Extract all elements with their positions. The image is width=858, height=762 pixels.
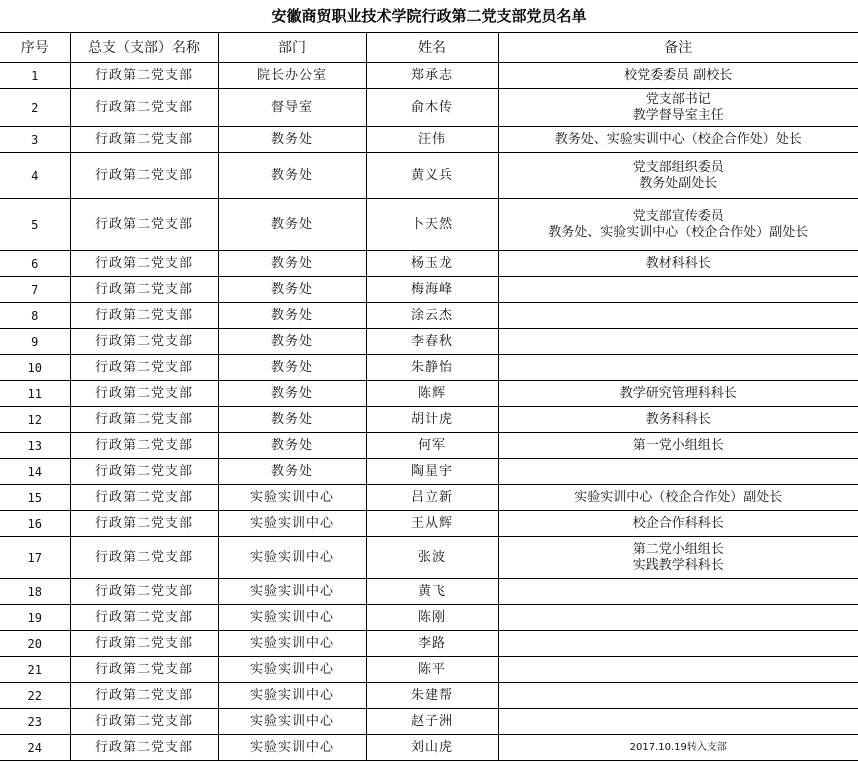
table-row: 8行政第二党支部教务处涂云杰 — [0, 303, 858, 329]
note-line: 实践教学科科长 — [499, 558, 858, 574]
cell-note — [498, 709, 858, 735]
cell-no: 20 — [0, 631, 70, 657]
cell-no: 8 — [0, 303, 70, 329]
note-line: 2017.10.19转入支部 — [499, 740, 858, 756]
cell-note: 教学研究管理科科长 — [498, 381, 858, 407]
cell-name: 王从辉 — [366, 511, 498, 537]
cell-name: 陶星宇 — [366, 459, 498, 485]
table-row: 4行政第二党支部教务处黄义兵党支部组织委员教务处副处长 — [0, 153, 858, 199]
note-line: 党支部书记 — [499, 92, 858, 108]
document-title: 安徽商贸职业技术学院行政第二党支部党员名单 — [0, 3, 858, 29]
cell-dept: 教务处 — [218, 329, 366, 355]
table-row: 2行政第二党支部督导室俞木传党支部书记教学督导室主任 — [0, 89, 858, 127]
cell-branch: 行政第二党支部 — [70, 631, 218, 657]
table-row: 6行政第二党支部教务处杨玉龙教材科科长 — [0, 251, 858, 277]
cell-branch: 行政第二党支部 — [70, 485, 218, 511]
note-line: 教务科科长 — [499, 412, 858, 428]
table-row: 14行政第二党支部教务处陶星宇 — [0, 459, 858, 485]
cell-name: 胡计虎 — [366, 407, 498, 433]
cell-branch: 行政第二党支部 — [70, 433, 218, 459]
cell-note — [498, 329, 858, 355]
cell-note — [498, 355, 858, 381]
cell-dept: 实验实训中心 — [218, 511, 366, 537]
note-line: 校企合作科科长 — [499, 516, 858, 532]
cell-name: 郑承志 — [366, 63, 498, 89]
note-line: 第一党小组组长 — [499, 438, 858, 454]
cell-note: 实验实训中心（校企合作处）副处长 — [498, 485, 858, 511]
cell-dept: 教务处 — [218, 459, 366, 485]
cell-name: 陈平 — [366, 657, 498, 683]
table-row: 17行政第二党支部实验实训中心张波第二党小组组长实践教学科科长 — [0, 537, 858, 579]
cell-branch: 行政第二党支部 — [70, 199, 218, 251]
cell-name: 俞木传 — [366, 89, 498, 127]
cell-name: 李春秋 — [366, 329, 498, 355]
cell-name: 朱静怡 — [366, 355, 498, 381]
cell-no: 24 — [0, 735, 70, 761]
cell-branch: 行政第二党支部 — [70, 579, 218, 605]
cell-dept: 实验实训中心 — [218, 709, 366, 735]
cell-name: 刘山虎 — [366, 735, 498, 761]
note-line: 教务处、实验实训中心（校企合作处）副处长 — [499, 225, 858, 241]
cell-branch: 行政第二党支部 — [70, 605, 218, 631]
cell-no: 15 — [0, 485, 70, 511]
table-row: 24行政第二党支部实验实训中心刘山虎2017.10.19转入支部 — [0, 735, 858, 761]
cell-name: 赵子洲 — [366, 709, 498, 735]
cell-branch: 行政第二党支部 — [70, 329, 218, 355]
cell-note: 校企合作科科长 — [498, 511, 858, 537]
cell-no: 1 — [0, 63, 70, 89]
cell-note: 党支部宣传委员教务处、实验实训中心（校企合作处）副处长 — [498, 199, 858, 251]
table-row: 13行政第二党支部教务处何军第一党小组组长 — [0, 433, 858, 459]
cell-branch: 行政第二党支部 — [70, 277, 218, 303]
cell-dept: 实验实训中心 — [218, 683, 366, 709]
cell-branch: 行政第二党支部 — [70, 303, 218, 329]
cell-dept: 教务处 — [218, 277, 366, 303]
cell-branch: 行政第二党支部 — [70, 537, 218, 579]
cell-no: 14 — [0, 459, 70, 485]
table-row: 12行政第二党支部教务处胡计虎教务科科长 — [0, 407, 858, 433]
cell-dept: 教务处 — [218, 251, 366, 277]
note-line: 实验实训中心（校企合作处）副处长 — [499, 490, 858, 506]
cell-dept: 教务处 — [218, 153, 366, 199]
cell-dept: 实验实训中心 — [218, 735, 366, 761]
cell-dept: 实验实训中心 — [218, 631, 366, 657]
column-header-note: 备注 — [498, 33, 858, 63]
column-header-no: 序号 — [0, 33, 70, 63]
table-header-row: 序号 总支（支部）名称 部门 姓名 备注 — [0, 33, 858, 63]
column-header-branch: 总支（支部）名称 — [70, 33, 218, 63]
cell-dept: 督导室 — [218, 89, 366, 127]
table-row: 5行政第二党支部教务处卜天然党支部宣传委员教务处、实验实训中心（校企合作处）副处… — [0, 199, 858, 251]
cell-branch: 行政第二党支部 — [70, 709, 218, 735]
cell-note — [498, 631, 858, 657]
note-line: 教务处副处长 — [499, 176, 858, 192]
cell-dept: 实验实训中心 — [218, 537, 366, 579]
cell-name: 杨玉龙 — [366, 251, 498, 277]
cell-note: 2017.10.19转入支部 — [498, 735, 858, 761]
cell-no: 21 — [0, 657, 70, 683]
table-row: 11行政第二党支部教务处陈辉教学研究管理科科长 — [0, 381, 858, 407]
cell-note — [498, 683, 858, 709]
table-row: 3行政第二党支部教务处汪伟教务处、实验实训中心（校企合作处）处长 — [0, 127, 858, 153]
cell-name: 陈辉 — [366, 381, 498, 407]
cell-branch: 行政第二党支部 — [70, 63, 218, 89]
column-header-dept: 部门 — [218, 33, 366, 63]
cell-branch: 行政第二党支部 — [70, 407, 218, 433]
cell-note: 校党委委员 副校长 — [498, 63, 858, 89]
cell-branch: 行政第二党支部 — [70, 127, 218, 153]
cell-dept: 教务处 — [218, 303, 366, 329]
cell-note: 党支部书记教学督导室主任 — [498, 89, 858, 127]
member-table: 序号 总支（支部）名称 部门 姓名 备注 1行政第二党支部院长办公室郑承志校党委… — [0, 32, 858, 761]
table-row: 9行政第二党支部教务处李春秋 — [0, 329, 858, 355]
cell-dept: 教务处 — [218, 127, 366, 153]
table-row: 21行政第二党支部实验实训中心陈平 — [0, 657, 858, 683]
table-row: 20行政第二党支部实验实训中心李路 — [0, 631, 858, 657]
cell-no: 2 — [0, 89, 70, 127]
cell-name: 朱建帮 — [366, 683, 498, 709]
cell-name: 卜天然 — [366, 199, 498, 251]
cell-branch: 行政第二党支部 — [70, 251, 218, 277]
note-line: 党支部宣传委员 — [499, 209, 858, 225]
cell-branch: 行政第二党支部 — [70, 355, 218, 381]
cell-no: 7 — [0, 277, 70, 303]
cell-note: 教务科科长 — [498, 407, 858, 433]
cell-no: 12 — [0, 407, 70, 433]
note-line: 校党委委员 副校长 — [499, 68, 858, 84]
cell-note: 党支部组织委员教务处副处长 — [498, 153, 858, 199]
cell-dept: 教务处 — [218, 355, 366, 381]
cell-note: 教材科科长 — [498, 251, 858, 277]
cell-name: 张波 — [366, 537, 498, 579]
cell-dept: 院长办公室 — [218, 63, 366, 89]
cell-name: 黄义兵 — [366, 153, 498, 199]
cell-no: 18 — [0, 579, 70, 605]
note-line: 第二党小组组长 — [499, 542, 858, 558]
cell-dept: 实验实训中心 — [218, 579, 366, 605]
note-line: 教学研究管理科科长 — [499, 386, 858, 402]
cell-no: 4 — [0, 153, 70, 199]
cell-name: 梅海峰 — [366, 277, 498, 303]
cell-dept: 教务处 — [218, 433, 366, 459]
cell-no: 5 — [0, 199, 70, 251]
cell-name: 陈刚 — [366, 605, 498, 631]
cell-no: 23 — [0, 709, 70, 735]
cell-no: 16 — [0, 511, 70, 537]
table-row: 1行政第二党支部院长办公室郑承志校党委委员 副校长 — [0, 63, 858, 89]
cell-note — [498, 277, 858, 303]
table-body: 1行政第二党支部院长办公室郑承志校党委委员 副校长2行政第二党支部督导室俞木传党… — [0, 63, 858, 761]
note-line: 教学督导室主任 — [499, 108, 858, 124]
cell-dept: 教务处 — [218, 407, 366, 433]
cell-name: 黄飞 — [366, 579, 498, 605]
cell-note — [498, 579, 858, 605]
cell-no: 6 — [0, 251, 70, 277]
cell-dept: 实验实训中心 — [218, 605, 366, 631]
note-line: 教务处、实验实训中心（校企合作处）处长 — [499, 132, 858, 148]
cell-name: 汪伟 — [366, 127, 498, 153]
cell-dept: 教务处 — [218, 199, 366, 251]
table-row: 19行政第二党支部实验实训中心陈刚 — [0, 605, 858, 631]
table-row: 7行政第二党支部教务处梅海峰 — [0, 277, 858, 303]
table-row: 15行政第二党支部实验实训中心吕立新实验实训中心（校企合作处）副处长 — [0, 485, 858, 511]
cell-dept: 教务处 — [218, 381, 366, 407]
cell-name: 何军 — [366, 433, 498, 459]
cell-note: 第一党小组组长 — [498, 433, 858, 459]
cell-branch: 行政第二党支部 — [70, 89, 218, 127]
table-row: 18行政第二党支部实验实训中心黄飞 — [0, 579, 858, 605]
table-row: 23行政第二党支部实验实训中心赵子洲 — [0, 709, 858, 735]
cell-branch: 行政第二党支部 — [70, 683, 218, 709]
cell-no: 3 — [0, 127, 70, 153]
cell-branch: 行政第二党支部 — [70, 153, 218, 199]
table-row: 22行政第二党支部实验实训中心朱建帮 — [0, 683, 858, 709]
cell-name: 李路 — [366, 631, 498, 657]
cell-no: 10 — [0, 355, 70, 381]
table-row: 16行政第二党支部实验实训中心王从辉校企合作科科长 — [0, 511, 858, 537]
cell-branch: 行政第二党支部 — [70, 657, 218, 683]
table-row: 10行政第二党支部教务处朱静怡 — [0, 355, 858, 381]
cell-no: 9 — [0, 329, 70, 355]
cell-note — [498, 459, 858, 485]
cell-branch: 行政第二党支部 — [70, 735, 218, 761]
cell-name: 涂云杰 — [366, 303, 498, 329]
cell-no: 13 — [0, 433, 70, 459]
cell-branch: 行政第二党支部 — [70, 459, 218, 485]
cell-no: 17 — [0, 537, 70, 579]
cell-dept: 实验实训中心 — [218, 485, 366, 511]
cell-note — [498, 605, 858, 631]
column-header-name: 姓名 — [366, 33, 498, 63]
cell-branch: 行政第二党支部 — [70, 511, 218, 537]
cell-note — [498, 303, 858, 329]
note-line: 党支部组织委员 — [499, 160, 858, 176]
cell-note: 第二党小组组长实践教学科科长 — [498, 537, 858, 579]
cell-no: 19 — [0, 605, 70, 631]
note-line: 教材科科长 — [499, 256, 858, 272]
cell-branch: 行政第二党支部 — [70, 381, 218, 407]
cell-note — [498, 657, 858, 683]
cell-dept: 实验实训中心 — [218, 657, 366, 683]
cell-no: 22 — [0, 683, 70, 709]
cell-no: 11 — [0, 381, 70, 407]
cell-note: 教务处、实验实训中心（校企合作处）处长 — [498, 127, 858, 153]
cell-name: 吕立新 — [366, 485, 498, 511]
